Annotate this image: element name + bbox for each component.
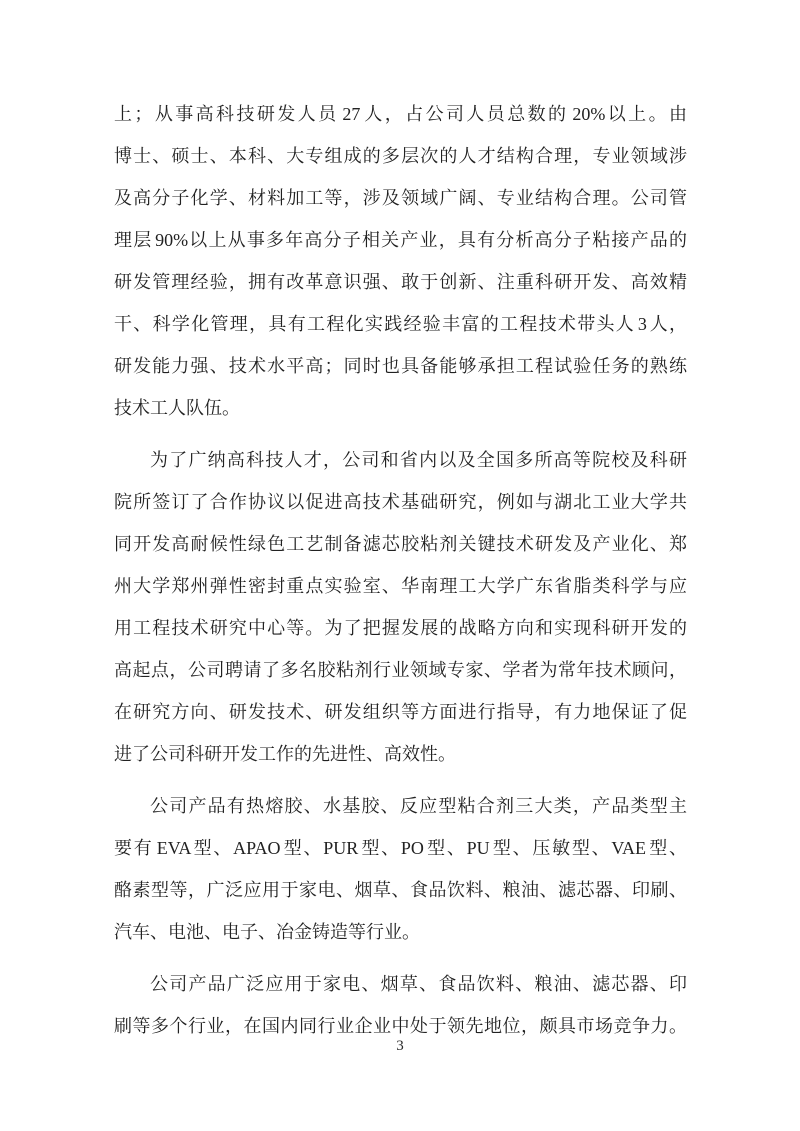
text-line: 要有 EVA 型、APAO 型、PUR 型、PO 型、PU 型、压敏型、VAE … <box>114 827 687 869</box>
text-line: 同开发高耐候性绿色工艺制备滤芯胶粘剂关键技术研发及产业化、郑 <box>114 523 687 565</box>
text-line: 公司产品有热熔胶、水基胶、反应型粘合剂三大类，产品类型主 <box>114 785 687 827</box>
text-line: 院所签订了合作协议以促进高技术基础研究，例如与湖北工业大学共 <box>114 481 687 523</box>
text-line: 为了广纳高科技人才，公司和省内以及全国多所高等院校及科研 <box>114 439 687 481</box>
text-line: 干、科学化管理，具有工程化实践经验丰富的工程技术带头人 3 人， <box>114 303 687 345</box>
text-line: 研发能力强、技术水平高；同时也具备能够承担工程试验任务的熟练 <box>114 345 687 387</box>
text-line: 汽车、电池、电子、冶金铸造等行业。 <box>114 911 687 953</box>
text-line: 理层 90%以上从事多年高分子相关产业，具有分析高分子粘接产品的 <box>114 219 687 261</box>
text-line: 上；从事高科技研发人员 27 人，占公司人员总数的 20%以上。由 <box>114 93 687 135</box>
text-line: 用工程技术研究中心等。为了把握发展的战略方向和实现科研开发的 <box>114 607 687 649</box>
paragraph-4: 公司产品广泛应用于家电、烟草、食品饮料、粮油、滤芯器、印 刷等多个行业，在国内同… <box>114 963 687 1047</box>
text-line: 公司产品广泛应用于家电、烟草、食品饮料、粮油、滤芯器、印 <box>114 963 687 1005</box>
paragraph-2: 为了广纳高科技人才，公司和省内以及全国多所高等院校及科研 院所签订了合作协议以促… <box>114 439 687 775</box>
text-line: 高起点，公司聘请了多名胶粘剂行业领域专家、学者为常年技术顾问， <box>114 649 687 691</box>
text-line: 技术工人队伍。 <box>114 387 687 429</box>
text-line: 在研究方向、研发技术、研发组织等方面进行指导，有力地保证了促 <box>114 691 687 733</box>
text-line: 及高分子化学、材料加工等，涉及领域广阔、专业结构合理。公司管 <box>114 177 687 219</box>
text-line: 酪素型等，广泛应用于家电、烟草、食品饮料、粮油、滤芯器、印刷、 <box>114 869 687 911</box>
page-number: 3 <box>0 1036 800 1056</box>
document-page: 上；从事高科技研发人员 27 人，占公司人员总数的 20%以上。由 博士、硕士、… <box>0 0 800 1131</box>
text-line: 研发管理经验，拥有改革意识强、敢于创新、注重科研开发、高效精 <box>114 261 687 303</box>
paragraph-1: 上；从事高科技研发人员 27 人，占公司人员总数的 20%以上。由 博士、硕士、… <box>114 93 687 429</box>
text-block: 上；从事高科技研发人员 27 人，占公司人员总数的 20%以上。由 博士、硕士、… <box>114 93 687 1047</box>
paragraph-3: 公司产品有热熔胶、水基胶、反应型粘合剂三大类，产品类型主 要有 EVA 型、AP… <box>114 785 687 953</box>
text-line: 博士、硕士、本科、大专组成的多层次的人才结构合理，专业领域涉 <box>114 135 687 177</box>
text-line: 州大学郑州弹性密封重点实验室、华南理工大学广东省脂类科学与应 <box>114 565 687 607</box>
text-line: 进了公司科研开发工作的先进性、高效性。 <box>114 733 687 775</box>
